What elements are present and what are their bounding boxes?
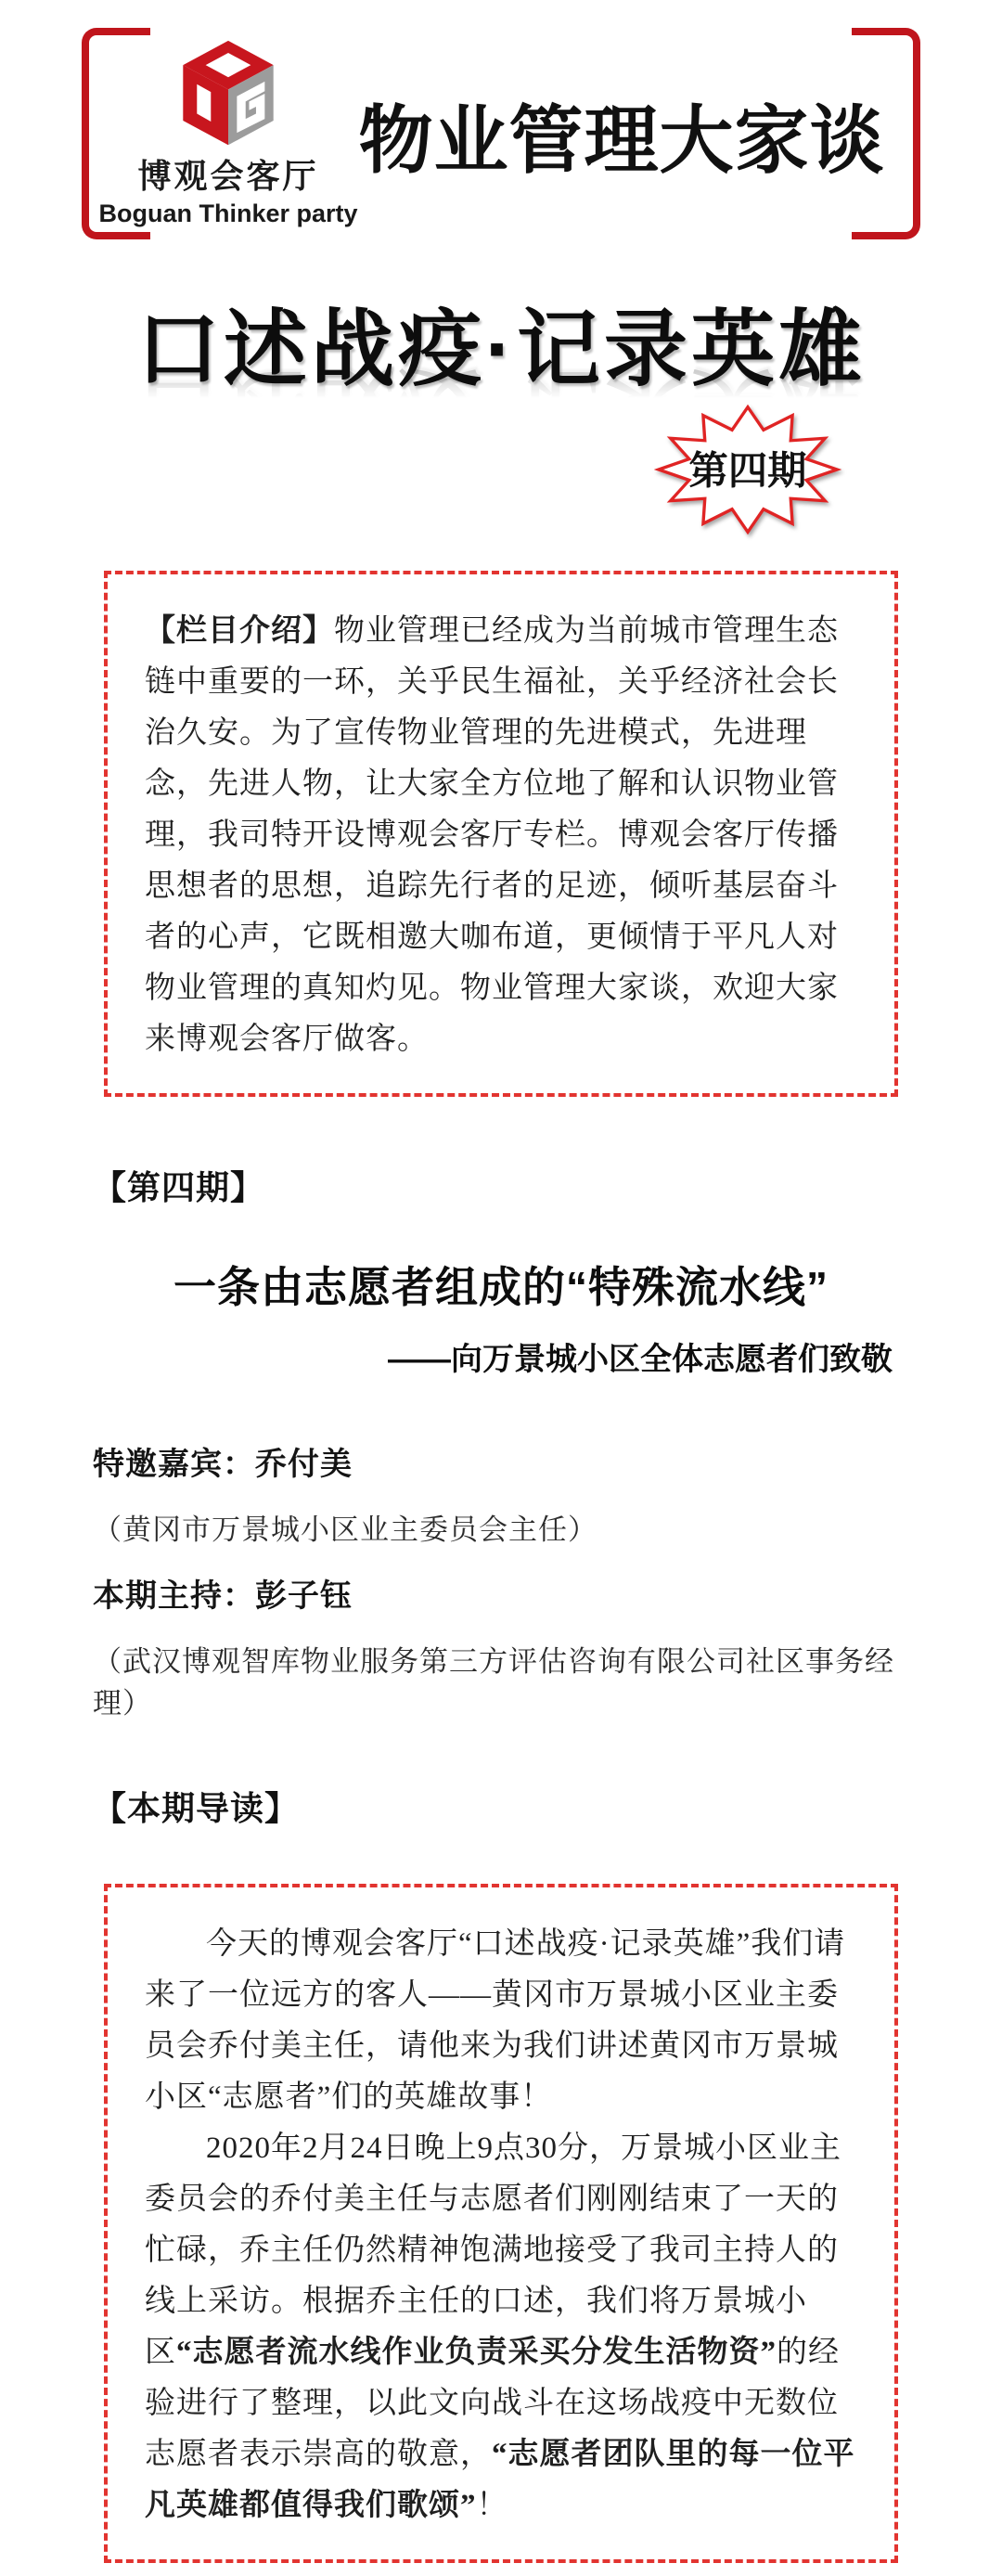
column-intro-box: 【栏目介绍】物业管理已经成为当前城市管理生态链中重要的一环，关乎民生福祉，关乎经… [104, 571, 898, 1097]
cube-logo-icon [173, 39, 283, 148]
starburst-badge-icon: 第四期 [642, 400, 854, 539]
guest-name: 乔付美 [255, 1448, 353, 1482]
article-page: 博观会客厅 Boguan Thinker party 物业管理大家谈 口述战疫·… [0, 0, 1002, 2576]
host-line: 本期主持：彭子钰 [93, 1570, 918, 1616]
column-intro-text: 【栏目介绍】物业管理已经成为当前城市管理生态链中重要的一环，关乎民生福祉，关乎经… [145, 606, 857, 1065]
brand-name-cn: 博观会客厅 [137, 150, 318, 198]
header-banner: 博观会客厅 Boguan Thinker party 物业管理大家谈 [82, 28, 920, 239]
issue-badge-row: 第四期 [0, 400, 1002, 545]
guest-role: （黄冈市万景城小区业主委员会主任） [93, 1506, 918, 1548]
host-role: （武汉博观智库物业服务第三方评估咨询有限公司社区事务经理） [93, 1638, 918, 1721]
guide-label: 【本期导读】 [93, 1783, 1002, 1830]
episode-subtitle: ——向万景城小区全体志愿者们致敬 [0, 1333, 893, 1379]
series-title: 物业管理大家谈 [351, 81, 920, 187]
host-label: 本期主持： [93, 1579, 255, 1614]
participants-block: 特邀嘉宾：乔付美 （黄冈市万景城小区业主委员会主任） 本期主持：彭子钰 （武汉博… [93, 1438, 918, 1721]
guest-label: 特邀嘉宾： [93, 1448, 255, 1482]
red-bracket-right-icon [852, 28, 920, 239]
guide-paragraph-2: 2020年2月24日晚上9点30分，万景城小区业主委员会的乔付美主任与志愿者们刚… [145, 2123, 857, 2531]
guest-line: 特邀嘉宾：乔付美 [93, 1438, 918, 1484]
guide-paragraph-1: 今天的博观会客厅“口述战疫·记录英雄”我们请来了一位远方的客人——黄冈市万景城小… [145, 1919, 857, 2123]
episode-title: 一条由志愿者组成的“特殊流水线” [0, 1254, 1002, 1315]
host-name: 彭子钰 [255, 1579, 353, 1614]
issue-badge-label: 第四期 [689, 448, 807, 492]
red-bracket-left-icon [82, 28, 150, 239]
guide-box: 今天的博观会客厅“口述战疫·记录英雄”我们请来了一位远方的客人——黄冈市万景城小… [104, 1884, 898, 2563]
banner-headline: 口述战疫·记录英雄 [0, 306, 1002, 394]
episode-label: 【第四期】 [93, 1162, 1002, 1209]
